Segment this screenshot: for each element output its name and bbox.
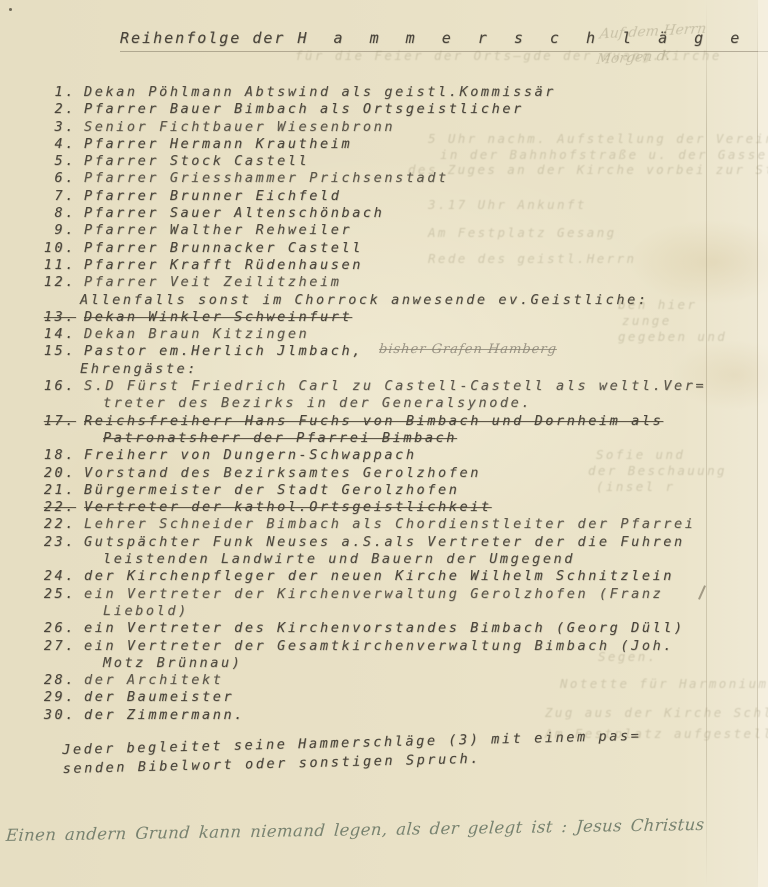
item-number: 6. — [40, 170, 76, 187]
item-number: 14. — [40, 326, 76, 343]
item-text: Patronatsherr der Pfarrei Bimbach — [103, 430, 457, 446]
list-item: 10.Pfarrer Brunnacker Castell — [40, 240, 752, 257]
item-text: Pfarrer Bauer Bimbach als Ortsgeistliche… — [84, 101, 524, 117]
item-number: 29. — [40, 689, 76, 706]
ghost-bleedthrough-text: Notette für Harmonium — [560, 676, 768, 691]
ghost-bleedthrough-text: Segen. — [598, 649, 658, 664]
item-number: 8. — [40, 205, 76, 222]
list-item: 1.Dekan Pöhlmann Abtswind als geistl.Kom… — [40, 84, 752, 101]
item-number: 26. — [40, 620, 76, 637]
item-number: 30. — [40, 707, 76, 724]
item-number: 16. — [40, 378, 76, 395]
item-text: Freiherr von Dungern-Schwappach — [84, 447, 417, 463]
item-text: Ehrengäste: — [80, 361, 198, 377]
item-text: Reichsfreiherr Hans Fuchs von Bimbach un… — [84, 413, 663, 429]
item-number: 21. — [40, 482, 76, 499]
item-text: der Zimmermann. — [84, 707, 245, 723]
ghost-bleedthrough-text: Zug aus der Kirche Schluß Gesang — [545, 705, 768, 720]
pencil-note: Auf dem Herrn Morgen d. — [595, 17, 708, 73]
item-text: S.D Fürst Friedrich Carl zu Castell-Cast… — [84, 378, 706, 394]
item-number: 5. — [40, 153, 76, 170]
list-item: 24.der Kirchenpfleger der neuen Kirche W… — [40, 568, 752, 585]
ghost-bleedthrough-text: Am Festplatz aufgestellt. — [545, 726, 768, 741]
item-number: 1. — [40, 84, 76, 101]
ink-speck — [9, 8, 12, 11]
list-item: 17.Reichsfreiherr Hans Fuchs von Bimbach… — [40, 413, 752, 448]
item-number: 9. — [40, 222, 76, 239]
ghost-bleedthrough-text: zunge — [622, 313, 672, 328]
item-text: Pfarrer Brunnacker Castell — [84, 240, 363, 256]
item-text: Pfarrer Sauer Altenschönbach — [84, 205, 384, 221]
ghost-bleedthrough-text: gegeben und — [618, 329, 727, 344]
item-text: Allenfalls sonst im Chorrock anwesende e… — [80, 292, 649, 308]
item-text: leistenden Landwirte und Bauern der Umge… — [103, 551, 575, 567]
item-text: Gutspächter Funk Neuses a.S.als Vertrete… — [84, 534, 685, 550]
item-number: 22. — [40, 516, 76, 533]
ghost-bleedthrough-text: (insel r — [596, 479, 675, 494]
item-text: ein Vertreter der Gesamtkirchenverwaltun… — [84, 638, 674, 654]
item-number: 4. — [40, 136, 76, 153]
list-item: 26.ein Vertreter des Kirchenvorstandes B… — [40, 620, 752, 637]
item-text: Pastor em.Herlich Jlmbach, — [84, 343, 363, 359]
item-text: der Baumeister — [84, 689, 234, 705]
item-number: 18. — [40, 447, 76, 464]
ghost-bleedthrough-text: 3.17 Uhr Ankunft — [428, 197, 587, 212]
item-number: 10. — [40, 240, 76, 257]
list-item: 2.Pfarrer Bauer Bimbach als Ortsgeistlic… — [40, 101, 752, 118]
item-number: 3. — [40, 119, 76, 136]
title-prefix: Reihenfolge der — [120, 29, 285, 47]
list-item: 9.Pfarrer Walther Rehweiler — [40, 222, 752, 239]
item-text: Vorstand des Bezirksamtes Gerolzhofen — [84, 465, 481, 481]
item-number: 15. — [40, 343, 76, 360]
item-number: 23. — [40, 534, 76, 551]
item-number: 12. — [40, 274, 76, 291]
item-text: ein Vertreter des Kirchenvorstandes Bimb… — [84, 620, 685, 636]
scanned-document-page: Reihenfolge derH a m m e r s c h l ä g e… — [0, 0, 768, 887]
item-text: der Kirchenpfleger der neuen Kirche Wilh… — [84, 568, 674, 584]
item-text: Dekan Pöhlmann Abtswind als geistl.Kommi… — [84, 84, 556, 100]
item-text: Pfarrer Griesshammer Prichsenstadt — [84, 170, 449, 186]
list-item: 16.S.D Fürst Friedrich Carl zu Castell-C… — [40, 378, 752, 413]
item-number: 25. — [40, 586, 76, 603]
hammer-blow-order-list: 1.Dekan Pöhlmann Abtswind als geistl.Kom… — [40, 84, 752, 724]
item-number: 20. — [40, 465, 76, 482]
list-item: 22.Lehrer Schneider Bimbach als Chordien… — [40, 516, 752, 533]
item-text: Motz Brünnau) — [103, 655, 242, 671]
item-number: 7. — [40, 188, 76, 205]
list-item: 7.Pfarrer Brunner Eichfeld — [40, 188, 752, 205]
item-number: 22. — [40, 499, 76, 516]
list-item: 22.Vertreter der kathol.Ortsgeistlichkei… — [40, 499, 752, 516]
list-item: 15.Pastor em.Herlich Jlmbach,bisher Graf… — [40, 343, 752, 360]
ghost-bleedthrough-text: Rede des geistl.Herrn — [428, 251, 636, 266]
ghost-bleedthrough-text: für die Feier der Orts—gde der evang.Kir… — [295, 48, 722, 63]
item-number: 27. — [40, 638, 76, 655]
item-text: treter des Bezirks in der Generalsynode. — [103, 395, 532, 411]
item-text: Dekan Winkler Schweinfurt — [84, 309, 352, 325]
item-number: 17. — [40, 413, 76, 430]
item-text: Senior Fichtbauer Wiesenbronn — [84, 119, 395, 135]
item-number: 24. — [40, 568, 76, 585]
item-number: 2. — [40, 101, 76, 118]
ghost-bleedthrough-text: des Zuges an der Kirche vorbei zur Str. — [408, 162, 768, 177]
ghost-bleedthrough-text: Am Festplatz Gesang — [428, 225, 617, 240]
ghost-bleedthrough-text: in der Bahnhofstraße u. der Gasse — [440, 147, 768, 162]
item-number: 11. — [40, 257, 76, 274]
item-text: Pfarrer Walther Rehweiler — [84, 222, 352, 238]
item-text: ein Vertreter der Kirchenverwaltung Gero… — [84, 586, 663, 602]
item-text: Vertreter der kathol.Ortsgeistlichkeit — [84, 499, 492, 515]
list-item: 8.Pfarrer Sauer Altenschönbach — [40, 205, 752, 222]
ghost-bleedthrough-text: Sofie und — [596, 447, 685, 462]
item-text: Pfarrer Veit Zeilitzheim — [84, 274, 341, 290]
item-text: Bürgermeister der Stadt Gerolzhofen — [84, 482, 459, 498]
item-text: Lehrer Schneider Bimbach als Chordienstl… — [84, 516, 695, 532]
item-text: Pfarrer Krafft Rüdenhausen — [84, 257, 363, 273]
list-item: 12.Pfarrer Veit Zeilitzheim — [40, 274, 752, 291]
item-text: Liebold) — [103, 603, 189, 619]
ghost-bleedthrough-text: der Beschauung — [588, 463, 727, 478]
ghost-bleedthrough-text: ben hier — [618, 297, 697, 312]
ghost-bleedthrough-text: 5 Uhr nachm. Aufstellung der Vereine mit — [428, 131, 768, 146]
item-text: Pfarrer Brunner Eichfeld — [84, 188, 341, 204]
item-number: 13. — [40, 309, 76, 326]
item-number: 28. — [40, 672, 76, 689]
list-item: Ehrengäste: — [40, 361, 752, 378]
list-item: 23.Gutspächter Funk Neuses a.S.als Vertr… — [40, 534, 752, 569]
item-text: Dekan Braun Kitzingen — [84, 326, 309, 342]
item-text: Pfarrer Hermann Krautheim — [84, 136, 352, 152]
handwritten-annotation: bisher Grafen Hamberg — [378, 341, 558, 358]
item-text: Pfarrer Stock Castell — [84, 153, 309, 169]
item-text: der Architekt — [84, 672, 223, 688]
handwritten-verse: Einen andern Grund kann niemand legen, a… — [5, 814, 758, 845]
list-item: 11.Pfarrer Krafft Rüdenhausen — [40, 257, 752, 274]
list-item: 25.ein Vertreter der Kirchenverwaltung G… — [40, 586, 752, 621]
